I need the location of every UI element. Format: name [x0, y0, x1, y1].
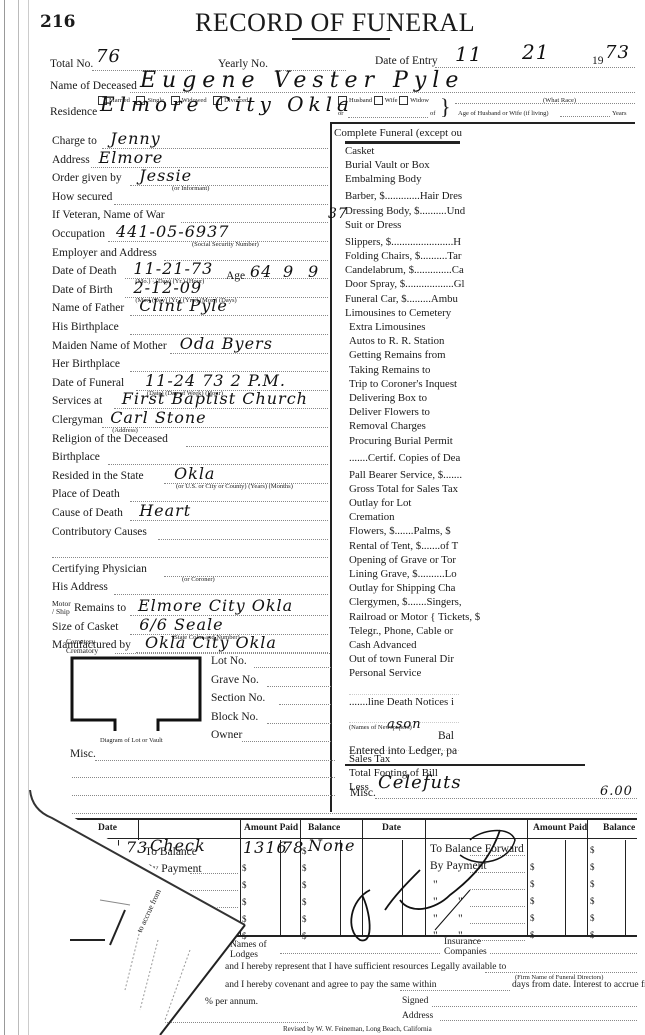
lot-field-line — [242, 741, 331, 742]
misc-divider — [345, 764, 585, 766]
ledger-right-balance-header: Balance — [603, 823, 635, 833]
less-value[interactable]: ason — [387, 717, 422, 732]
cemetery-label: Cemetery — [66, 637, 95, 646]
lot-field-label: Block No. — [211, 711, 258, 723]
charge-item: Procuring Burial Permit — [349, 435, 453, 447]
signature — [340, 820, 540, 950]
dollar-sign: $ — [590, 896, 595, 906]
field-label: Maiden Name of Mother — [52, 340, 167, 352]
field-value[interactable]: Clint Pyle — [139, 296, 228, 315]
field-label: His Address — [52, 581, 108, 593]
companies-line — [490, 953, 637, 954]
misc-amount[interactable]: 6.00 — [600, 784, 633, 799]
field-label: Remains to — [74, 602, 126, 614]
field-label: Size of Casket — [52, 621, 118, 633]
field-label: Contributory Causes — [52, 526, 147, 538]
divider-top — [330, 122, 635, 124]
lot-field-line — [279, 704, 331, 705]
field-label: Address — [52, 154, 90, 166]
charge-item: .......Certif. Copies of Dea — [349, 452, 460, 464]
field-label: Date of Birth — [52, 284, 113, 296]
field-line — [114, 204, 328, 205]
field-row: Religion of the Deceased — [52, 433, 328, 451]
ledger-divider — [625, 840, 626, 935]
field-label: Date of Funeral — [52, 377, 124, 389]
field-label: Resided in the State — [52, 470, 144, 482]
field-row: Charge toJenny — [52, 135, 328, 153]
charge-item: Taking Remains to — [349, 364, 430, 376]
charge-item: Gross Total for Sales Tax — [349, 483, 458, 495]
folded-corner — [0, 790, 330, 1035]
field-line — [52, 557, 328, 558]
field-row: Certifying Physician(or Coroner) — [52, 563, 328, 581]
field-value[interactable]: First Baptist Church — [122, 389, 308, 408]
charge-item: Casket — [345, 145, 374, 157]
field-line — [170, 353, 328, 354]
lot-field-label: Grave No. — [211, 674, 259, 686]
charge-item: Personal Service — [349, 667, 421, 679]
right-misc-label: Misc. — [350, 787, 376, 799]
field-label: Date of Death — [52, 265, 117, 277]
field-value[interactable]: 11-24 73 2 P.M. — [145, 371, 286, 390]
field-value[interactable]: Oda Byers — [180, 334, 273, 353]
field-label: Birthplace — [52, 451, 100, 463]
field-row — [52, 544, 328, 562]
charge-item: Suit or Dress — [345, 219, 401, 231]
field-line — [130, 185, 328, 186]
charge-item: Door Spray, $..................Gl — [345, 278, 465, 290]
field-label: Charge to — [52, 135, 97, 147]
charge-item: Removal Charges — [349, 420, 426, 432]
age-days-value[interactable]: 9 — [308, 262, 319, 281]
charge-item: Funeral Car, $.........Ambu — [345, 293, 458, 305]
charge-item: Folding Chairs, $..........Tar — [345, 250, 462, 262]
widow-checkbox[interactable] — [399, 96, 408, 105]
days-line — [400, 990, 510, 991]
suit-handwritten[interactable]: 37 — [328, 206, 348, 222]
name-of-deceased-value[interactable]: Eugene Vester Pyle — [140, 68, 464, 93]
field-row: Resided in the StateOkla(or U.S. or City… — [52, 470, 328, 488]
field-value[interactable]: 441-05-6937 — [116, 222, 229, 241]
charge-item: Out of town Funeral Dir — [349, 653, 454, 665]
charge-item: Burial Vault or Box — [345, 159, 430, 171]
date-of-entry-line — [435, 67, 635, 68]
field-value[interactable]: 2-12-09 — [133, 278, 202, 297]
address-label: Address — [402, 1011, 433, 1021]
field-value[interactable]: Jenny — [110, 129, 161, 148]
field-label: Employer and Address — [52, 247, 157, 259]
ledger-divider — [565, 840, 566, 935]
charge-item: Barber, $.............Hair Dres — [345, 190, 462, 202]
field-label: Order given by — [52, 172, 122, 184]
charge-item: Outlay for Shipping Cha — [349, 582, 455, 594]
field-label: Her Birthplace — [52, 358, 120, 370]
of-label: of — [430, 110, 435, 117]
ledger-divider — [587, 820, 588, 935]
year-prefix: 19 — [592, 55, 604, 67]
wife-checkbox[interactable] — [374, 96, 383, 105]
field-label: Certifying Physician — [52, 563, 147, 575]
field-label: Place of Death — [52, 488, 120, 500]
years-label: Years — [612, 110, 627, 117]
field-label: If Veteran, Name of War — [52, 209, 165, 221]
dollar-sign: $ — [590, 879, 595, 889]
charge-item: Getting Remains from — [349, 349, 446, 361]
field-row: How secured — [52, 191, 328, 209]
field-label: How secured — [52, 191, 112, 203]
title-underline — [292, 38, 390, 40]
dollar-sign: $ — [590, 845, 595, 855]
field-line — [91, 167, 328, 168]
charge-item: Clergymen, $.......Singers, — [349, 596, 462, 608]
field-label: Cause of Death — [52, 507, 123, 519]
field-label: Religion of the Deceased — [52, 433, 168, 445]
misc-value[interactable]: Celefuts — [378, 772, 462, 793]
field-row: Name of FatherClint Pyle — [52, 302, 328, 320]
charge-item: Deliver Flowers to — [349, 406, 430, 418]
left-misc-label: Misc. — [70, 748, 96, 760]
ledger-right-amount-header: Amount Paid — [533, 823, 587, 833]
field-row: Order given byJessie(or Informant) — [52, 172, 328, 190]
field-value[interactable]: 6/6 Seale — [139, 615, 223, 634]
misc-line-2 — [72, 777, 335, 778]
signed-label: Signed — [402, 996, 428, 1006]
age-spouse-label: Age of Husband or Wife (if living) — [458, 110, 549, 117]
page-number: 216 — [40, 12, 76, 32]
age-years-value[interactable]: 64 — [250, 262, 272, 281]
field-value[interactable]: Okla City Okla — [145, 633, 277, 652]
field-label: Clergyman — [52, 414, 103, 426]
charge-item: Pall Bearer Service, $....... — [349, 469, 462, 481]
diagram-caption: Diagram of Lot or Vault — [100, 737, 163, 744]
bal-label: Bal — [438, 730, 454, 742]
field-label: Occupation — [52, 228, 105, 240]
age-label: Age — [226, 270, 245, 282]
signed-line — [432, 1006, 637, 1007]
field-line — [130, 315, 328, 316]
charge-item: Railroad or Motor { Tickets, $ — [349, 611, 480, 623]
misc-line — [375, 798, 637, 799]
field-row: ClergymanCarl Stone(Address) — [52, 414, 328, 432]
lot-field-label: Owner — [211, 729, 242, 741]
charge-item: Extra Limousines — [349, 321, 425, 333]
field-row: Maiden Name of MotherOda Byers — [52, 340, 328, 358]
charge-item: Autos to R. R. Station — [349, 335, 444, 347]
lot-field-line — [267, 686, 331, 687]
or-line — [348, 117, 428, 118]
dollar-sign: $ — [590, 862, 595, 872]
heading-underline — [345, 141, 460, 144]
total-no-value[interactable]: 76 — [96, 46, 121, 67]
field-row: Contributory Causes — [52, 526, 328, 544]
charge-item: .......line Death Notices i — [349, 696, 454, 708]
lot-diagram — [68, 654, 208, 734]
charge-item: Lining Grave, $..........Lo — [349, 568, 457, 580]
field-line — [158, 539, 328, 540]
charge-item: Trip to Coroner's Inquest — [349, 378, 457, 390]
date-of-entry-day[interactable]: 21 — [522, 40, 549, 64]
field-value[interactable]: Heart — [139, 501, 191, 520]
address-line — [440, 1020, 637, 1021]
dollar-sign: $ — [590, 913, 595, 923]
field-value[interactable]: Elmore City Okla — [138, 596, 293, 615]
charge-item: Cremation — [349, 511, 395, 523]
residence-label: Residence — [50, 106, 97, 118]
charge-item: Rental of Tent, $.......of T — [349, 540, 458, 552]
charge-item: Dressing Body, $..........Und — [345, 205, 465, 217]
field-label: His Birthplace — [52, 321, 119, 333]
date-of-entry-year[interactable]: 73 — [605, 42, 630, 63]
charges-heading: Complete Funeral (except ou — [334, 127, 462, 139]
field-value[interactable]: 11-21-73 — [133, 259, 213, 278]
field-value[interactable]: Elmore — [99, 148, 164, 167]
charge-line — [349, 694, 459, 695]
lot-field-line — [267, 723, 331, 724]
field-row: Cause of DeathHeart — [52, 507, 328, 525]
field-value[interactable]: Carl Stone — [110, 408, 206, 427]
race-line — [455, 103, 635, 104]
column-divider — [330, 122, 332, 812]
document-title: RECORD OF FUNERAL — [195, 8, 475, 38]
lot-field-label: Lot No. — [211, 655, 247, 667]
field-label: Name of Father — [52, 302, 124, 314]
brace: } — [440, 94, 451, 120]
charge-item: Candelabrum, $..............Ca — [345, 264, 464, 276]
motor-ship-label: Motor / Ship — [52, 600, 72, 616]
firm-line — [485, 972, 637, 973]
charge-item: Outlay for Lot — [349, 497, 411, 509]
charge-item: Embalming Body — [345, 173, 421, 185]
field-label: Services at — [52, 395, 102, 407]
charge-item: Flowers, $.......Palms, $ — [349, 525, 451, 537]
field-value[interactable]: Jessie — [139, 166, 192, 185]
lot-field-label: Section No. — [211, 692, 265, 704]
charge-item: Limousines to Cemetery — [345, 307, 451, 319]
misc-line-1 — [95, 760, 335, 761]
lot-field-line — [254, 667, 331, 668]
days-from-date: days from date. Interest to accrue fro — [512, 980, 645, 990]
charge-item: Slippers, $.......................H — [345, 236, 461, 248]
ledger-label: Entered into Ledger, pa — [349, 745, 457, 757]
field-row: Occupation441-05-6937(Social Security Nu… — [52, 228, 328, 246]
date-of-entry-month[interactable]: 11 — [455, 42, 482, 66]
charge-item: Opening of Grave or Tor — [349, 554, 456, 566]
residence-value[interactable]: Elmore City Okla — [100, 92, 354, 116]
field-value[interactable]: Okla — [174, 464, 215, 483]
charge-item: Delivering Box to — [349, 392, 427, 404]
field-line — [186, 446, 328, 447]
charge-item: Cash Advanced — [349, 639, 416, 651]
charge-item: Telegr., Phone, Cable or — [349, 625, 453, 637]
date-of-entry-label: Date of Entry — [375, 55, 438, 67]
age-spouse-line — [560, 116, 610, 117]
name-of-deceased-label: Name of Deceased — [50, 80, 137, 92]
field-line — [130, 520, 328, 521]
age-months-value[interactable]: 9 — [283, 262, 294, 281]
total-no-label: Total No. — [50, 58, 93, 70]
field-line — [108, 464, 328, 465]
